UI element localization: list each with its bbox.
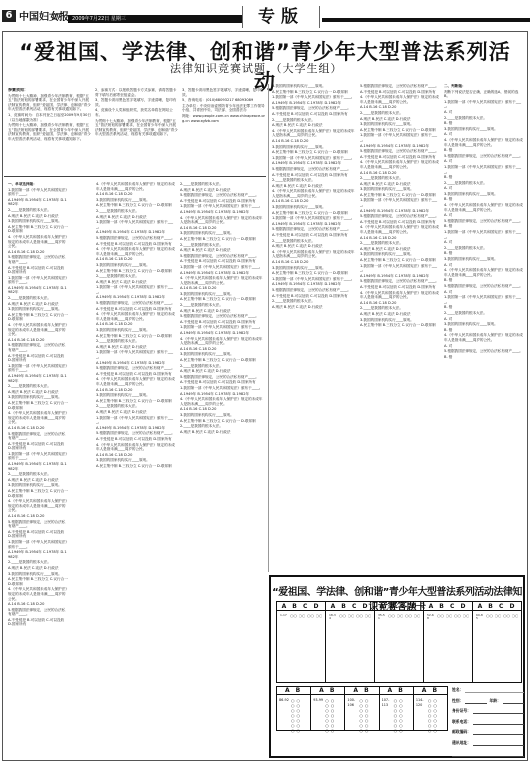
question-item: 4.《中华人民共和国未成年人保护法》规定的未成年人是指未满____周岁的公民。	[96, 182, 176, 191]
field-label: 身份证号：	[452, 708, 471, 714]
intro-column-3: 3、答题卡须用黑色签字笔填写，字迹清晰，复印有效。 5、咨询电话：(010)68…	[182, 88, 266, 170]
question-options: A.不受侵犯 B.可以征收 C.可以没收 D.国家所有	[272, 173, 356, 178]
bubble-column-a[interactable]: ○○○○○○○	[291, 698, 295, 733]
question-item: 2.____是我国的根本大法。	[444, 246, 524, 251]
bubble-column-a[interactable]: ○○○○○○○○○○○○○○○○○	[437, 614, 444, 679]
question-options: A.14 B.16 C.18 D.20	[180, 407, 264, 412]
multiple-choice-grid: A B C D 1-17 ○○○○○○○○○○○○○○○○○ ○○○○○○○○○…	[276, 601, 522, 683]
question-column-4: 3.我国的国家机构实行____原则。A.民主集中制 B.三权分立 C.议行合一 …	[272, 84, 356, 572]
question-item: 3.我国的国家机构实行____原则。	[8, 219, 68, 224]
question-item: 2.____是我国的根本大法。	[272, 118, 356, 123]
question-options: A.14 B.16 C.18 D.20	[96, 322, 176, 327]
question-options: A.14 B.16 C.18 D.20	[180, 226, 264, 231]
question-options: A.14 B.16 C.18 D.20	[96, 453, 176, 458]
question-options: A.14 B.16 C.18 D.20	[360, 171, 440, 176]
question-item: 3.我国的国家机构实行____原则。	[272, 145, 356, 150]
question-column-5: 5.根据我国法律规定，公民的合法私有财产____。A.不受侵犯 B.可以征收 C…	[360, 84, 440, 572]
decorative-slashes: ////	[52, 12, 60, 21]
section-label: 专版	[242, 6, 320, 28]
question-options: A.1949年 B.1954年 C.1978年 D.1982年	[8, 198, 68, 207]
question-item: 3.我国的国家机构实行____原则。	[96, 458, 176, 463]
question-range: 86-92	[279, 698, 289, 733]
question-options: A.不受侵犯 B.可以征收 C.可以没收 D.国家所有	[180, 380, 264, 385]
question-options: A.不受侵犯 B.可以征收 C.可以没收 D.国家所有	[360, 90, 440, 95]
question-options: A.14 B.16 C.18 D.20	[360, 236, 440, 241]
question-item: 2.____是我国的根本大法。	[444, 181, 524, 186]
question-options: A.14 B.16 C.18 D.20	[8, 426, 68, 431]
question-options: A.民主集中制 B.三权分立 C.议行合一 D.联邦制	[96, 464, 176, 469]
question-range: 107-113	[382, 698, 392, 733]
question-options: A.1949年 B.1954年 C.1978年 D.1982年	[360, 144, 440, 149]
intro-paragraph: 4、竞赛设个人奖和组织奖，获奖名单将在网站公布。	[95, 108, 179, 117]
question-options: A.民主集中制 B.三权分立 C.议行合一 D.联邦制	[272, 150, 356, 155]
question-item: 2.____是我国的根本大法。	[360, 306, 440, 311]
question-options: B. 错	[444, 355, 524, 360]
question-item: 1.我国第一部《中华人民共和国宪法》颁布于____。	[444, 295, 524, 304]
question-item: 3.我国的国家机构实行____原则。	[360, 187, 440, 192]
field-label: 姓名：	[452, 687, 463, 693]
bubble-column-d[interactable]: ○○○○○○○○○○○○○○○○○	[512, 614, 519, 679]
bubble-column-b[interactable]: ○○○○○○○	[433, 698, 437, 733]
organizers: 主办单位：中央综治委预防青少年违法犯罪工作领导小组、共青团中央、司法部、全国普法…	[182, 104, 266, 113]
question-item: 2.____是我国的根本大法。	[8, 296, 68, 301]
question-options: A.民主集中制 B.三权分立 C.议行合一 D.联邦制	[180, 297, 264, 302]
question-options: B. 错	[444, 175, 524, 180]
question-item: 5.根据我国法律规定，公民的合法私有财产____。	[180, 314, 264, 319]
question-options: A.不受侵犯 B.可以征收 C.可以没收 D.国家所有	[8, 354, 68, 363]
question-item: 1.我国第一部《中华人民共和国宪法》颁布于____。	[8, 540, 68, 549]
question-item: 2.____是我国的根本大法。	[8, 208, 68, 213]
question-options: A.刑法 B.民法 C.宪法 D.行政法	[96, 215, 176, 220]
question-options: A.民主集中制 B.三权分立 C.议行合一 D.联邦制	[360, 128, 440, 133]
intro-paragraph: 2、参赛方式：以报纸答题卡方式参赛，请将答题卡剪下填写后邮寄至组委会。	[95, 88, 179, 97]
question-item: 3.我国的国家机构实行____原则。	[8, 572, 68, 577]
question-options: A.14 B.16 C.18 D.20	[272, 139, 356, 144]
question-column-3: 2.____是我国的根本大法。A.刑法 B.民法 C.宪法 D.行政法 5.根据…	[180, 182, 264, 758]
question-options: A.14 B.16 C.18 D.20	[180, 286, 264, 291]
question-options: A. 对	[444, 240, 524, 245]
question-item: 2.____是我国的根本大法。	[180, 182, 264, 187]
question-item: 2.____是我国的根本大法。	[272, 178, 356, 183]
bubble-column-d[interactable]: ○○○○○○○○○○○○○○○○○	[365, 614, 372, 679]
question-options: A.刑法 B.民法 C.宪法 D.行政法	[8, 390, 68, 395]
question-options: A.1949年 B.1954年 C.1978年 D.1982年	[272, 101, 356, 106]
question-item: 3.我国的国家机构实行____原则。	[444, 192, 524, 197]
judge-header: A B	[277, 687, 310, 695]
question-options: B. 错	[444, 278, 524, 283]
question-item: 2.____是我国的根本大法。	[360, 111, 440, 116]
question-options: A.不受侵犯 B.可以征收 C.可以没收 D.国家所有	[96, 437, 176, 442]
intro-paragraph: 为贯彻十七大精神，加强青少年法制教育，根据“五五”普法规划的部署要求，在全国青少…	[8, 94, 92, 112]
dateline: 2009年7月22日 星期三	[68, 15, 242, 23]
question-item: 2.____是我国的根本大法。	[96, 209, 176, 214]
question-options: A.不受侵犯 B.可以征收 C.可以没收 D.国家所有	[96, 307, 176, 312]
question-options: A.民主集中制 B.三权分立 C.议行合一 D.联邦制	[96, 399, 176, 404]
question-options: A.刑法 B.民法 C.宪法 D.行政法	[8, 214, 68, 219]
bubble-column-a[interactable]: ○○○○○○○	[359, 698, 363, 733]
question-options: A.不受侵犯 B.可以征收 C.可以没收 D.国家所有	[360, 155, 440, 160]
question-item: 5.根据我国法律规定，公民的合法私有财产____。	[96, 431, 176, 436]
bubble-column-b[interactable]: ○○○○○○○○○○○○○○○○○	[446, 614, 453, 679]
address-field-line2[interactable]	[452, 749, 524, 757]
question-options: A.民主集中制 B.三权分立 C.议行合一 D.联邦制	[8, 577, 68, 586]
intro-paragraph: 为贯彻十七大精神，加强青少年法制教育，根据“五五”普法规划的部署要求，在全国青少…	[95, 119, 179, 137]
question-item: 1.我国第一部《中华人民共和国宪法》颁布于____。	[444, 230, 524, 239]
question-item: 2.____是我国的根本大法。	[96, 339, 176, 344]
question-options: A.14 B.16 C.18 D.20	[96, 257, 176, 262]
judge-header: A B	[380, 687, 413, 695]
question-item: 5.根据我国法律规定，公民的合法私有财产____。	[272, 167, 356, 172]
question-options: B. 错	[444, 148, 524, 153]
question-item: 3.我国的国家机构实行____原则。	[360, 318, 440, 323]
true-false-grid: A B 86-92○○○○○○○○○○○○○○ A B 93-99○○○○○○○…	[276, 686, 448, 731]
question-range: 1-17	[280, 614, 288, 679]
field-label: 年龄：	[490, 698, 501, 704]
question-options: B. 错	[444, 197, 524, 202]
question-range: 93-99	[313, 698, 323, 733]
question-item: 5.根据我国法律规定，公民的合法私有财产____。	[444, 154, 524, 159]
bubble-column-d[interactable]: ○○○○○○○○○○○○○○○○○	[463, 614, 470, 679]
id-number-field[interactable]: 身份证号：	[452, 706, 524, 714]
question-item: 4.《中华人民共和国未成年人保护法》规定的未成年人是指未满____周岁的公民。	[180, 216, 264, 225]
page-number: 6	[2, 10, 16, 22]
judge-column: A B 86-92○○○○○○○○○○○○○○	[277, 687, 311, 730]
question-options: A.刑法 B.民法 C.宪法 D.行政法	[272, 305, 356, 310]
question-item: 5.根据我国法律规定，公民的合法私有财产____。	[8, 343, 68, 352]
question-options: A.1949年 B.1954年 C.1978年 D.1982年	[8, 550, 68, 559]
question-item: 2.____是我国的根本大法。	[360, 176, 440, 181]
bubble-column-a[interactable]: ○○○○○○○○○○○○○○○○○	[339, 614, 346, 679]
judge-header: A B	[414, 687, 447, 695]
masthead-logo: 中国妇女报	[19, 8, 69, 23]
question-options: A.1949年 B.1954年 C.1978年 D.1982年	[8, 462, 68, 471]
question-options: A.刑法 B.民法 C.宪法 D.行政法	[180, 430, 264, 435]
question-item: 3.我国的国家机构实行____原则。	[96, 263, 176, 268]
question-item: 4.《中华人民共和国未成年人保护法》规定的未成年人是指未满____周岁的公民。	[8, 499, 68, 513]
question-options: A.不受侵犯 B.可以征收 C.可以没收 D.国家所有	[180, 320, 264, 325]
question-options: A.刑法 B.民法 C.宪法 D.行政法	[8, 302, 68, 307]
question-item: 1.我国第一部《中华人民共和国宪法》颁布于____。	[272, 216, 356, 221]
question-item: 3.我国的国家机构实行____原则。	[360, 122, 440, 127]
question-options: A. 对	[444, 132, 524, 137]
question-item: 5.根据我国法律规定，公民的合法私有财产____。	[360, 214, 440, 219]
question-item: 2.____是我国的根本大法。	[8, 472, 68, 477]
question-item: 4.《中华人民共和国未成年人保护法》规定的未成年人是指未满____周岁的公民。	[444, 138, 524, 147]
question-options: A.不受侵犯 B.可以征收 C.可以没收 D.国家所有	[8, 618, 68, 627]
question-options: A.民主集中制 B.三权分立 C.议行合一 D.联邦制	[180, 358, 264, 363]
question-range: 35-51	[378, 614, 386, 679]
question-options: A.刑法 B.民法 C.宪法 D.行政法	[96, 345, 176, 350]
question-item: 3.我国的国家机构实行____原则。	[444, 257, 524, 262]
question-range: 52-68	[427, 614, 435, 679]
bubble-column-b[interactable]: ○○○○○○○	[297, 698, 301, 733]
gender-age-field[interactable]: 性别：年龄：	[452, 696, 524, 704]
intro-paragraph: 3、答题卡须用黑色签字笔填写，字迹清晰，复印有效。	[182, 88, 266, 97]
question-item: 3.我国的国家机构实行____原则。	[180, 352, 264, 357]
question-item: 2.____是我国的根本大法。	[96, 404, 176, 409]
question-options: A.14 B.16 C.18 D.20	[8, 514, 68, 519]
question-item: 4.《中华人民共和国未成年人保护法》规定的未成年人是指未满____周岁的公民。	[96, 377, 176, 386]
question-options: A.民主集中制 B.三权分立 C.议行合一 D.联邦制	[360, 323, 440, 328]
bubble-column-d[interactable]: ○○○○○○○○○○○○○○○○○	[414, 614, 421, 679]
judge-column: A B 114-120○○○○○○○○○○○○○○	[414, 687, 447, 730]
bubble-column-a[interactable]: ○○○○○○○	[428, 698, 432, 733]
question-item: 2.____是我国的根本大法。	[444, 116, 524, 121]
question-options: A.刑法 B.民法 C.宪法 D.行政法	[96, 280, 176, 285]
question-item: 5.根据我国法律规定，公民的合法私有财产____。	[360, 279, 440, 284]
question-item: 2.____是我国的根本大法。	[444, 311, 524, 316]
phone-field[interactable]: 联系电话：	[452, 717, 524, 725]
question-options: A.1949年 B.1954年 C.1978年 D.1982年	[272, 161, 356, 166]
question-item: 1.我国第一部《中华人民共和国宪法》颁布于____。	[180, 265, 264, 270]
article-subtitle: 法律知识竞赛试题 （大学生组）	[170, 60, 343, 76]
question-options: A.刑法 B.民法 C.宪法 D.行政法	[272, 244, 356, 249]
question-options: A.1949年 B.1954年 C.1978年 D.1982年	[360, 209, 440, 214]
section-heading: 一、单项选择题：	[8, 182, 68, 187]
choice-header: A B C D	[375, 602, 423, 611]
question-item: 5.根据我国法律规定，公民的合法私有财产____。	[8, 520, 68, 529]
question-options: A.不受侵犯 B.可以征收 C.可以没收 D.国家所有	[272, 294, 356, 299]
question-options: A.1949年 B.1954年 C.1978年 D.1982年	[180, 271, 264, 276]
question-item: 4.《中华人民共和国未成年人保护法》规定的未成年人是指未满____周岁的公民。	[360, 225, 440, 234]
question-options: A.刑法 B.民法 C.宪法 D.行政法	[180, 309, 264, 314]
question-options: A.民主集中制 B.三权分立 C.议行合一 D.联邦制	[360, 258, 440, 263]
bubble-column-c[interactable]: ○○○○○○○○○○○○○○○○○	[503, 614, 510, 679]
bubble-column-b[interactable]: ○○○○○○○	[331, 698, 335, 733]
question-item: 2.____是我国的根本大法。	[8, 384, 68, 389]
question-options: B. 错	[444, 224, 524, 229]
question-item: 5.根据我国法律规定，公民的合法私有财产____。	[360, 84, 440, 89]
question-options: A.1949年 B.1954年 C.1978年 D.1982年	[96, 295, 176, 300]
question-item: 1.我国第一部《中华人民共和国宪法》颁布于____。	[8, 276, 68, 285]
field-label: 通讯地址：	[452, 740, 471, 746]
question-item: 1.我国第一部《中华人民共和国宪法》颁布于____。	[360, 198, 440, 207]
question-item: 5.根据我国法律规定，公民的合法私有财产____。	[96, 236, 176, 241]
question-options: A.14 B.16 C.18 D.20	[360, 301, 440, 306]
intro-column-1: 参赛须知： 为贯彻十七大精神，加强青少年法制教育，根据“五五”普法规划的部署要求…	[8, 88, 92, 170]
question-item: 2.____是我国的根本大法。	[272, 299, 356, 304]
question-item: 4.《中华人民共和国未成年人保护法》规定的未成年人是指未满____周岁的公民。	[96, 247, 176, 256]
question-item: 5.根据我国法律规定，公民的合法私有财产____。	[8, 255, 68, 264]
question-item: 3.我国的国家机构实行____原则。	[8, 483, 68, 488]
question-options: A.不受侵犯 B.可以征收 C.可以没收 D.国家所有	[272, 112, 356, 117]
question-options: A.不受侵犯 B.可以征收 C.可以没收 D.国家所有	[96, 242, 176, 247]
question-range: 100-106	[347, 698, 357, 733]
postal-code-field[interactable]: 邮政编码：	[452, 727, 524, 735]
question-item: 5.根据我国法律规定，公民的合法私有财产____。	[444, 349, 524, 354]
question-options: A.刑法 B.民法 C.宪法 D.行政法	[96, 410, 176, 415]
question-options: A.14 B.16 C.18 D.20	[8, 338, 68, 343]
question-options: A.不受侵犯 B.可以征收 C.可以没收 D.国家所有	[8, 266, 68, 275]
question-item: 4.《中华人民共和国未成年人保护法》规定的未成年人是指未满____周岁的公民。	[180, 276, 264, 285]
question-item: 4.《中华人民共和国未成年人保护法》规定的未成年人是指未满____周岁的公民。	[180, 397, 264, 406]
question-item: 1.我国第一部《中华人民共和国宪法》颁布于____。	[180, 386, 264, 391]
question-options: A.民主集中制 B.三权分立 C.议行合一 D.联邦制	[96, 203, 176, 208]
question-item: 1.我国第一部《中华人民共和国宪法》颁布于____。	[8, 364, 68, 373]
question-item: 3.我国的国家机构实行____原则。	[96, 198, 176, 203]
question-item: 1.我国第一部《中华人民共和国宪法》颁布于____。	[272, 277, 356, 282]
question-options: A.刑法 B.民法 C.宪法 D.行政法	[180, 369, 264, 374]
question-item: 3.我国的国家机构实行____原则。	[272, 266, 356, 271]
bubble-column-b[interactable]: ○○○○○○○	[399, 698, 403, 733]
question-options: A. 对	[444, 263, 524, 268]
choice-header: A B C D	[473, 602, 521, 611]
question-options: A.民主集中制 B.三权分立 C.议行合一 D.联邦制	[96, 334, 176, 339]
question-options: A.14 B.16 C.18 D.20	[180, 347, 264, 352]
question-options: A. 对	[444, 110, 524, 115]
choice-column: A B C D 35-51 ○○○○○○○○○○○○○○○○○ ○○○○○○○○…	[375, 602, 424, 682]
question-item: 5.根据我国法律规定，公民的合法私有财产____。	[96, 301, 176, 306]
question-options: A.1949年 B.1954年 C.1978年 D.1982年	[8, 374, 68, 383]
choice-column: A B C D 1-17 ○○○○○○○○○○○○○○○○○ ○○○○○○○○○…	[277, 602, 326, 682]
question-options: A. 对	[444, 290, 524, 295]
question-column-6: 二、判断题： 判断下列说法是否正确，正确的选A，错误的选B。 1.我国第一部《中…	[444, 84, 524, 572]
question-item: 3.我国的国家机构实行____原则。	[444, 322, 524, 327]
question-options: A.刑法 B.民法 C.宪法 D.行政法	[272, 184, 356, 189]
bubble-column-a[interactable]: ○○○○○○○	[325, 698, 329, 733]
bubble-column-c[interactable]: ○○○○○○○○○○○○○○○○○	[307, 614, 314, 679]
question-column-1: 一、单项选择题： 1.我国第一部《中华人民共和国宪法》颁布于____。A.194…	[8, 182, 68, 758]
question-item: 3.我国的国家机构实行____原则。	[180, 231, 264, 236]
question-item: 5.根据我国法律规定，公民的合法私有财产____。	[96, 366, 176, 371]
question-options: A.刑法 B.民法 C.宪法 D.行政法	[360, 247, 440, 252]
question-item: 2.____是我国的根本大法。	[360, 241, 440, 246]
question-options: A.1949年 B.1954年 C.1978年 D.1982年	[272, 282, 356, 287]
question-item: 3.我国的国家机构实行____原则。	[96, 328, 176, 333]
bubble-column-a[interactable]: ○○○○○○○	[394, 698, 398, 733]
question-item: 1.我国第一部《中华人民共和国宪法》颁布于____。	[272, 156, 356, 161]
question-item: 3.我国的国家机构实行____原则。	[8, 307, 68, 312]
question-options: A. 对	[444, 213, 524, 218]
question-item: 5.根据我国法律规定，公民的合法私有财产____。	[8, 608, 68, 617]
bubble-column-c[interactable]: ○○○○○○○○○○○○○○○○○	[356, 614, 363, 679]
question-options: A.不受侵犯 B.可以征收 C.可以没收 D.国家所有	[272, 233, 356, 238]
question-options: A.民主集中制 B.三权分立 C.议行合一 D.联邦制	[180, 419, 264, 424]
question-item: 1.我国第一部《中华人民共和国宪法》颁布于____。	[8, 452, 68, 461]
question-item: 4.《中华人民共和国未成年人保护法》规定的未成年人是指未满____周岁的公民。	[272, 129, 356, 138]
question-options: A.民主集中制 B.三权分立 C.议行合一 D.联邦制	[8, 401, 68, 410]
question-options: A.不受侵犯 B.可以征收 C.可以没收 D.国家所有	[8, 442, 68, 451]
bubble-column-b[interactable]: ○○○○○○○	[365, 698, 369, 733]
question-options: A.民主集中制 B.三权分立 C.议行合一 D.联邦制	[8, 225, 68, 234]
question-options: A.14 B.16 C.18 D.20	[272, 260, 356, 265]
question-options: A.民主集中制 B.三权分立 C.议行合一 D.联邦制	[272, 90, 356, 95]
question-options: A.1949年 B.1954年 C.1978年 D.1982年	[96, 361, 176, 366]
intro-divider	[4, 176, 266, 177]
bubble-column-a[interactable]: ○○○○○○○○○○○○○○○○○	[290, 614, 297, 679]
judge-column: A B 107-113○○○○○○○○○○○○○○	[380, 687, 414, 730]
question-range: 114-120	[416, 698, 426, 733]
question-item: 4.《中华人民共和国未成年人保护法》规定的未成年人是指未满____周岁的公民。	[360, 160, 440, 169]
question-options: A.1949年 B.1954年 C.1978年 D.1982年	[96, 230, 176, 235]
question-options: A.民主集中制 B.三权分立 C.议行合一 D.联邦制	[272, 271, 356, 276]
intro-paragraph: 1、竞赛时间为：自本刊登之日起至2009年9月30日（以当地邮戳为准）。	[8, 113, 92, 122]
question-item: 1.我国第一部《中华人民共和国宪法》颁布于____。	[96, 220, 176, 229]
question-item: 4.《中华人民共和国未成年人保护法》规定的未成年人是指未满____周岁的公民。	[96, 312, 176, 321]
question-item: 5.根据我国法律规定，公民的合法私有财产____。	[360, 149, 440, 154]
question-item: 4.《中华人民共和国未成年人保护法》规定的未成年人是指未满____周岁的公民。	[360, 95, 440, 104]
question-options: A.14 B.16 C.18 D.20	[96, 388, 176, 393]
question-options: A.14 B.16 C.18 D.20	[8, 602, 68, 607]
question-item: 4.《中华人民共和国未成年人保护法》规定的未成年人是指未满____周岁的公民。	[272, 189, 356, 198]
question-options: A.刑法 B.民法 C.宪法 D.行政法	[180, 188, 264, 193]
question-options: A.刑法 B.民法 C.宪法 D.行政法	[8, 566, 68, 571]
question-options: B. 错	[444, 328, 524, 333]
intro-paragraph: 3、答题卡须用黑色签字笔填写，字迹清晰，复印有效。	[95, 98, 179, 107]
question-item: 1.我国第一部《中华人民共和国宪法》颁布于____。	[180, 325, 264, 330]
question-item: 4.《中华人民共和国未成年人保护法》规定的未成年人是指未满____周岁的公民。	[180, 337, 264, 346]
question-options: A.刑法 B.民法 C.宪法 D.行政法	[8, 478, 68, 483]
choice-column: A B C D 18-34 ○○○○○○○○○○○○○○○○○ ○○○○○○○○…	[326, 602, 375, 682]
question-options: A.刑法 B.民法 C.宪法 D.行政法	[360, 312, 440, 317]
name-field[interactable]: 姓名：	[452, 685, 524, 693]
bubble-column-c[interactable]: ○○○○○○○○○○○○○○○○○	[405, 614, 412, 679]
question-item: 1.我国第一部《中华人民共和国宪法》颁布于____。	[180, 204, 264, 209]
question-item: 4.《中华人民共和国未成年人保护法》规定的未成年人是指未满____周岁的公民。	[8, 323, 68, 337]
question-item: 1.我国第一部《中华人民共和国宪法》颁布于____。	[444, 165, 524, 174]
websites: 网址：www.people.com.cn www.chinapeace.org.…	[182, 114, 266, 123]
question-item: 4.《中华人民共和国未成年人保护法》规定的未成年人是指未满____周岁的公民。	[360, 291, 440, 300]
judge-header: A B	[345, 687, 378, 695]
question-item: 2.____是我国的根本大法。	[180, 364, 264, 369]
question-item: 5.根据我国法律规定，公民的合法私有财产____。	[8, 432, 68, 441]
bubble-column-d[interactable]: ○○○○○○○○○○○○○○○○○	[316, 614, 323, 679]
bubble-column-b[interactable]: ○○○○○○○○○○○○○○○○○	[348, 614, 355, 679]
question-item: 4.《中华人民共和国未成年人保护法》规定的未成年人是指未满____周岁的公民。	[8, 587, 68, 601]
question-item: 3.我国的国家机构实行____原则。	[444, 127, 524, 132]
question-item: 2.____是我国的根本大法。	[180, 243, 264, 248]
bubble-column-a[interactable]: ○○○○○○○○○○○○○○○○○	[388, 614, 395, 679]
choice-header: A B C D	[424, 602, 472, 611]
question-item: 5.根据我国法律规定，公民的合法私有财产____。	[444, 284, 524, 289]
bubble-column-a[interactable]: ○○○○○○○○○○○○○○○○○	[486, 614, 493, 679]
question-item: 2.____是我国的根本大法。	[180, 303, 264, 308]
question-item: 1.我国第一部《中华人民共和国宪法》颁布于____。	[96, 416, 176, 425]
choice-header: A B C D	[277, 602, 325, 611]
judge-header: A B	[311, 687, 344, 695]
question-options: A.民主集中制 B.三权分立 C.议行合一 D.联邦制	[8, 489, 68, 498]
participant-info-form: 姓名： 性别：年龄： 身份证号： 联系电话： 邮政编码： 通讯地址：	[452, 685, 524, 759]
contact-phone: 5、咨询电话：(010)68093217 68093089	[182, 98, 266, 103]
question-options: A.1949年 B.1954年 C.1978年 D.1982年	[180, 210, 264, 215]
address-field[interactable]: 通讯地址：	[452, 738, 524, 746]
question-options: A.14 B.16 C.18 D.20	[8, 250, 68, 255]
intro-greeting: 参赛须知：	[8, 88, 92, 93]
page-header: 6 中国妇女报 //// 2009年7月22日 星期三 专版	[2, 6, 528, 28]
column-divider	[268, 84, 269, 572]
question-options: A.民主集中制 B.三权分立 C.议行合一 D.联邦制	[272, 211, 356, 216]
bubble-column-b[interactable]: ○○○○○○○○○○○○○○○○○	[299, 614, 306, 679]
bubble-column-b[interactable]: ○○○○○○○○○○○○○○○○○	[495, 614, 502, 679]
question-options: A.民主集中制 B.三权分立 C.议行合一 D.联邦制	[180, 237, 264, 242]
bubble-column-c[interactable]: ○○○○○○○○○○○○○○○○○	[454, 614, 461, 679]
question-options: A.不受侵犯 B.可以征收 C.可以没收 D.国家所有	[360, 220, 440, 225]
question-column-2: 4.《中华人民共和国未成年人保护法》规定的未成年人是指未满____周岁的公民。A…	[96, 182, 176, 758]
question-options: A.刑法 B.民法 C.宪法 D.行政法	[180, 248, 264, 253]
question-item: 2.____是我国的根本大法。	[180, 424, 264, 429]
question-options: A.1949年 B.1954年 C.1978年 D.1982年	[272, 222, 356, 227]
question-item: 1.我国第一部《中华人民共和国宪法》颁布于____。	[96, 350, 176, 359]
question-item: 4.《中华人民共和国未成年人保护法》规定的未成年人是指未满____周岁的公民。	[444, 268, 524, 277]
question-options: A.民主集中制 B.三权分立 C.议行合一 D.联邦制	[8, 313, 68, 322]
question-options: A.刑法 B.民法 C.宪法 D.行政法	[360, 182, 440, 187]
bubble-column-b[interactable]: ○○○○○○○○○○○○○○○○○	[397, 614, 404, 679]
question-item: 3.我国的国家机构实行____原则。	[272, 84, 356, 89]
question-options: A.民主集中制 B.三权分立 C.议行合一 D.联邦制	[360, 193, 440, 198]
question-options: B. 错	[444, 251, 524, 256]
question-range: 69-85	[476, 614, 484, 679]
question-item: 4.《中华人民共和国未成年人保护法》规定的未成年人是指未满____周岁的公民。	[8, 411, 68, 425]
